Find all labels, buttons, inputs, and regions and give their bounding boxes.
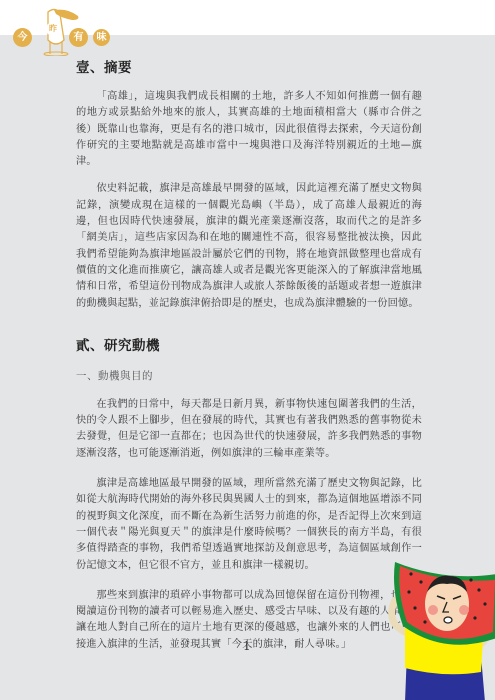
publication-logo: 今 昨 有 味 [6,4,116,56]
watermelon-boy-illustration [385,552,495,700]
logo-char-1: 今 [13,28,32,47]
document-body: 壹、摘要 「高雄」，這塊與我們成長相關的土地，許多人不知如何推薦一個有趣的地方或… [76,56,422,653]
subsection-title-motivation-purpose: 一、動機與目的 [76,368,422,383]
abstract-paragraph-2: 依史料記載，旗津是高雄最早開發的區域，因此這裡充滿了歷史文物與記錄，演變成現在這… [76,181,422,311]
section-title-motivation: 貳、研究動機 [76,334,422,354]
section-title-abstract: 壹、摘要 [76,56,422,76]
logo-char-2: 昨 [46,22,60,36]
page-number: 1 [243,639,251,653]
motivation-paragraph-1: 在我們的日常中，每天都是日新月異，新事物快速包圍著我們的生活，快的令人跟不上腳步… [76,397,422,462]
logo-char-4: 味 [93,29,110,46]
motivation-paragraph-2: 旗津是高雄地區最早開發的區域，理所當然充滿了歷史文物與記錄，比如從大航海時代開始… [76,476,422,574]
abstract-paragraph-1: 「高雄」，這塊與我們成長相關的土地，許多人不知如何推薦一個有趣的地方或景點給外地… [76,89,422,170]
logo-char-3: 有 [69,28,88,47]
